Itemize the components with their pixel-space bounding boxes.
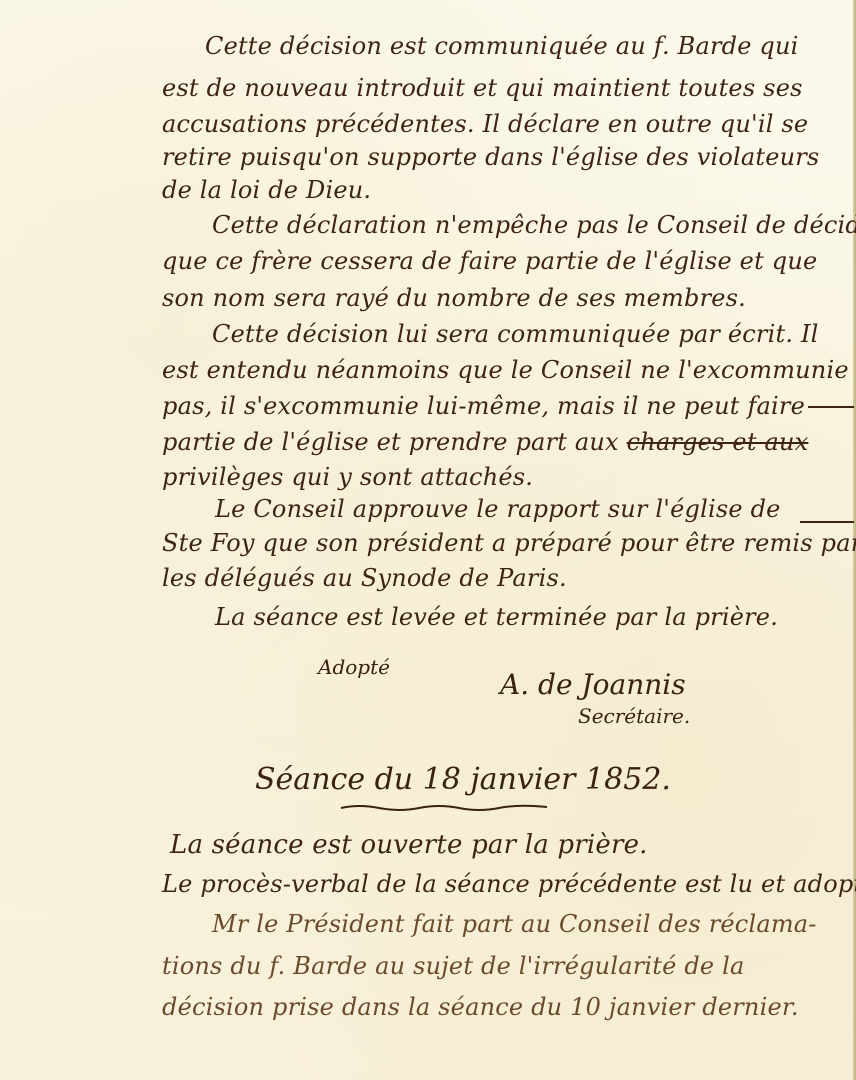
text-line: Ste Foy que son président a préparé pour… (162, 531, 856, 555)
text-line: pas, il s'excommunie lui-même, mais il n… (162, 394, 805, 418)
signature-name: A. de Joannis (500, 668, 686, 701)
text-line: les délégués au Synode de Paris. (162, 566, 567, 590)
text-line: accusations précédentes. Il déclare en o… (162, 112, 808, 136)
text-line: La séance est ouverte par la prière. (170, 832, 648, 858)
text-line: décision prise dans la séance du 10 janv… (162, 995, 799, 1019)
text-line: partie de l'église et prendre part aux c… (162, 430, 808, 454)
approval-note: Adopté (318, 655, 390, 679)
text-line: Le procès-verbal de la séance précédente… (162, 872, 856, 896)
text-line: La séance est levée et terminée par la p… (215, 605, 778, 629)
text-line: Cette déclaration n'empêche pas le Conse… (212, 213, 856, 237)
text-line: tions du f. Barde au sujet de l'irrégula… (162, 954, 745, 978)
struck-out-text: charges et aux (627, 428, 809, 456)
text-line: de la loi de Dieu. (162, 178, 371, 202)
text-line: Mr le Président fait part au Conseil des… (212, 912, 817, 936)
line-filler-stroke (808, 406, 854, 408)
text-line: privilèges qui y sont attachés. (162, 465, 533, 489)
heading-underline (339, 802, 549, 814)
session-heading-text: Séance du 18 janvier 1852. (255, 762, 671, 797)
text-line: est entendu néanmoins que le Conseil ne … (162, 358, 849, 382)
manuscript-page: Cette décision est communiquée au f. Bar… (0, 0, 856, 1080)
text-line: est de nouveau introduit et qui maintien… (162, 76, 803, 100)
text-line: Cette décision est communiquée au f. Bar… (205, 34, 799, 58)
line-filler-stroke (800, 521, 854, 523)
text-line: retire puisqu'on supporte dans l'église … (162, 145, 819, 169)
text-line: Cette décision lui sera communiquée par … (212, 322, 819, 346)
text-line: son nom sera rayé du nombre de ses membr… (162, 286, 746, 310)
text-segment: partie de l'église et prendre part aux (162, 428, 619, 456)
signature-title: Secrétaire. (578, 704, 690, 728)
session-heading: Séance du 18 janvier 1852. (255, 762, 671, 797)
text-line: que ce frère cessera de faire partie de … (162, 249, 817, 273)
text-line: Le Conseil approuve le rapport sur l'égl… (215, 497, 781, 521)
